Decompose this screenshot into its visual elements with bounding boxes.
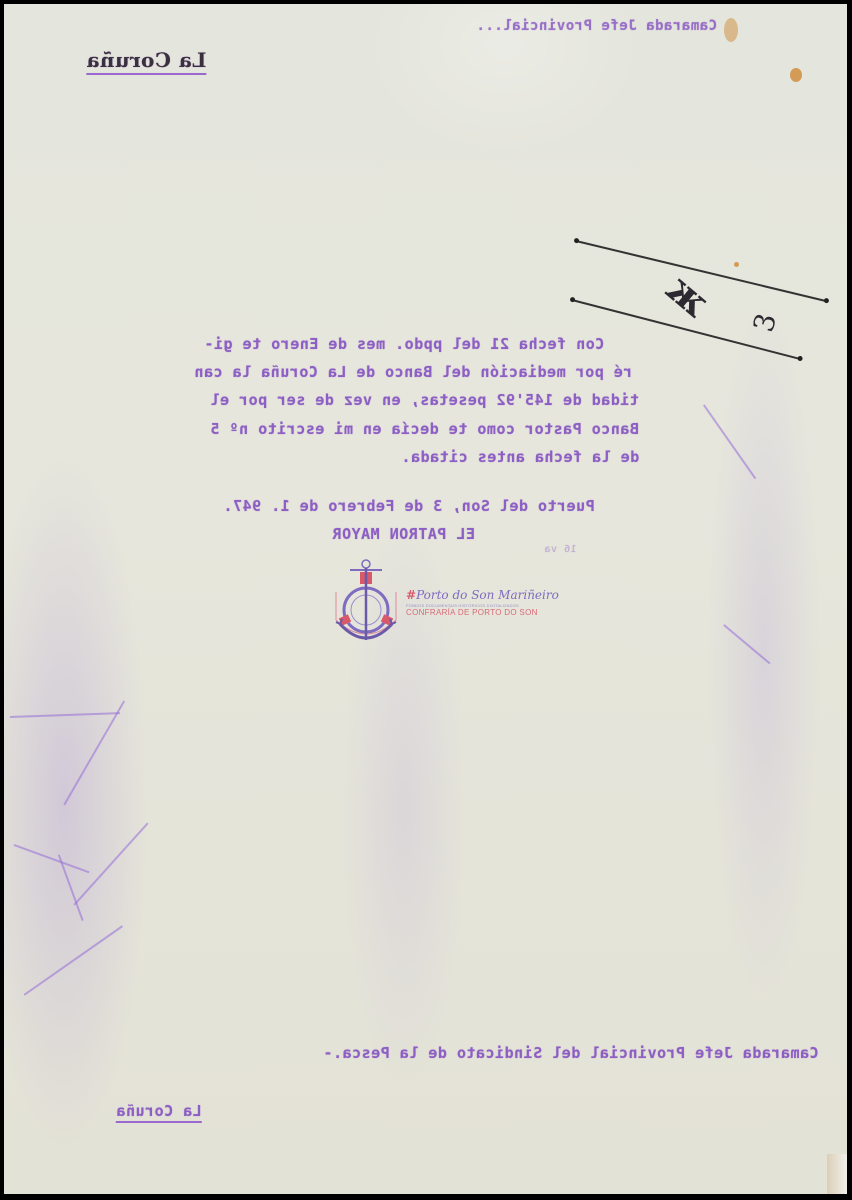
watermark-organization: CONFRARÍA DE PORTO DO SON — [406, 608, 559, 617]
header-city: La Coruña — [86, 48, 206, 75]
rust-stain — [790, 68, 802, 82]
paper-edge — [827, 1154, 847, 1194]
body-line-5: de la fecha antes citada. — [401, 448, 639, 466]
ink-bleed — [10, 712, 120, 717]
faint-mark: 16 va — [544, 544, 577, 555]
ink-bleed — [703, 404, 756, 479]
body-line-4: Banco Pastor como te decía en mi escrito… — [210, 420, 639, 438]
ink-bleed — [724, 624, 771, 664]
ink-bleed — [14, 844, 90, 873]
watermark-brand: #Porto do Son Mariñeiro — [406, 588, 559, 602]
signature-title: EL PATRON MAYOR — [332, 525, 475, 543]
addressee: Camarada Jefe Provincial del Sindicato d… — [323, 1044, 819, 1062]
document-page: Camarada Jefe Provincial... La Coruña ж … — [4, 4, 847, 1194]
ink-bleed — [24, 925, 123, 995]
pencil-number: 3 — [747, 310, 783, 336]
body-line-1: Con fecha 21 del ppdo. mes de Enero te g… — [204, 335, 604, 353]
place-date: Puerto del Son, 3 de Febrero de 1. 947. — [223, 497, 595, 515]
watermark-text: #Porto do Son Mariñeiro FONDOS DOCUMENTA… — [406, 588, 559, 617]
rust-stain — [734, 262, 739, 267]
rust-stain — [724, 18, 738, 42]
ink-bleed — [63, 700, 124, 805]
top-fragment-text: Camarada Jefe Provincial... — [476, 18, 717, 34]
body-line-3: tidad de 145'92 pesetas, en vez de ser p… — [210, 391, 639, 409]
confraria-emblem — [330, 556, 402, 648]
body-line-2: ré por mediación del Banco de La Coruña … — [194, 363, 632, 381]
addressee-city: La Coruña — [116, 1102, 202, 1123]
ink-bleed — [73, 823, 148, 906]
